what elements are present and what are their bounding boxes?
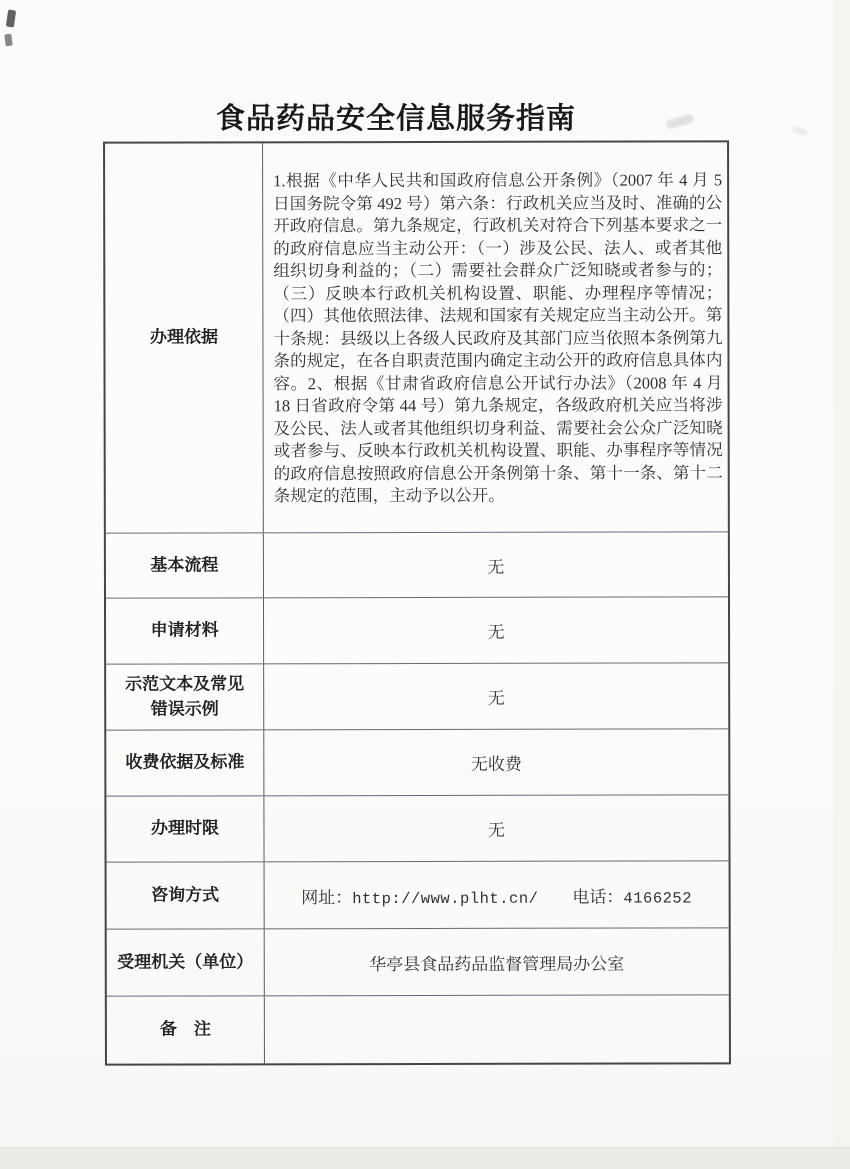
page-title: 食品药品安全信息服务指南 — [0, 96, 792, 137]
row-label: 基本流程 — [106, 533, 264, 597]
row-value: 无 — [264, 532, 728, 597]
table-row: 办理依据 1.根据《中华人民共和国政府信息公开条例》（2007 年 4 月 5 … — [105, 142, 728, 532]
table-row: 备 注 — [107, 994, 729, 1063]
table-row: 基本流程 无 — [106, 531, 728, 597]
table-row: 示范文本及常见 错误示例 无 — [106, 662, 728, 729]
row-label: 申请材料 — [106, 598, 264, 663]
website-label: 网址： — [301, 883, 352, 908]
scan-ink-mark — [4, 34, 12, 47]
row-label: 示范文本及常见 错误示例 — [106, 664, 264, 729]
scan-ink-mark — [6, 10, 16, 28]
table-row: 办理时限 无 — [106, 794, 728, 861]
row-label: 受理机关（单位） — [107, 929, 265, 995]
row-label: 备 注 — [107, 996, 265, 1063]
table-row: 受理机关（单位） 华亭县食品药品监督管理局办公室 — [107, 927, 729, 995]
row-label: 咨询方式 — [107, 862, 265, 928]
table-row: 咨询方式 网址： http://www.plht.cn/ 电话： 4166252 — [107, 860, 729, 928]
table-row: 申请材料 无 — [106, 596, 728, 663]
row-label: 办理依据 — [105, 143, 264, 532]
service-guide-table: 办理依据 1.根据《中华人民共和国政府信息公开条例》（2007 年 4 月 5 … — [103, 140, 731, 1065]
row-value: 无 — [264, 597, 728, 663]
scanned-document-page: { "document": { "title": "食品药品安全信息服务指南",… — [0, 0, 850, 1169]
row-label: 收费依据及标准 — [106, 730, 264, 795]
row-value — [265, 995, 729, 1063]
row-value-contact: 网址： http://www.plht.cn/ 电话： 4166252 — [265, 861, 729, 928]
row-value: 无收费 — [264, 729, 728, 795]
phone-info: 电话： 4166252 — [572, 882, 692, 907]
row-label: 办理时限 — [106, 796, 264, 861]
row-value: 无 — [264, 663, 728, 729]
website-info: 网址： http://www.plht.cn/ — [301, 882, 538, 907]
phone-number: 4166252 — [623, 889, 692, 907]
website-url: http://www.plht.cn/ — [352, 889, 538, 907]
phone-label: 电话： — [572, 882, 623, 907]
row-value: 1.根据《中华人民共和国政府信息公开条例》（2007 年 4 月 5 日国务院令… — [263, 142, 728, 532]
scan-smudge — [791, 125, 808, 136]
row-value: 华亭县食品药品监督管理局办公室 — [265, 928, 729, 995]
paper-right-edge — [833, 0, 850, 1169]
table-row: 收费依据及标准 无收费 — [106, 728, 728, 795]
row-value: 无 — [264, 795, 728, 861]
paper-bottom-edge — [0, 1147, 850, 1169]
